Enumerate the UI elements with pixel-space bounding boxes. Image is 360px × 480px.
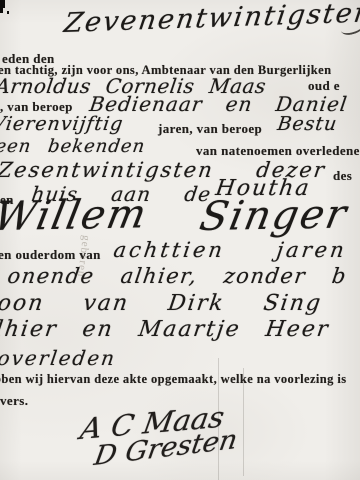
handwritten-bekenden: een bekenden xyxy=(0,136,147,157)
document-scan: geboren Zevenentwintigsten eden den en t… xyxy=(0,0,360,480)
handwritten-age2: Vierenvijftig xyxy=(0,113,125,135)
handwritten-deceased-surname: Singer xyxy=(196,191,352,240)
scan-edge-artifact xyxy=(0,0,3,13)
handwritten-overleden: overleden xyxy=(0,346,118,370)
handwritten-mother: lhier en Maartje Heer xyxy=(0,317,331,342)
handwritten-deceased-firstname: Willem xyxy=(0,191,152,240)
printed-ouderdom-van: en ouderdom van xyxy=(0,247,101,263)
printed-akte-opgemaakt: bben wij hiervan deze akte opgemaakt, we… xyxy=(0,372,346,387)
printed-jaren-van-beroep: jaren, van beroep xyxy=(158,121,262,137)
printed-des: des xyxy=(333,168,352,184)
printed-aangevers: vers. xyxy=(0,393,28,409)
handwritten-age: achttien jaren xyxy=(112,238,348,262)
ink-speck xyxy=(7,11,9,14)
handwritten-date: Zevenentwintigsten xyxy=(62,0,360,39)
handwritten-occupation2: Bestu xyxy=(276,113,339,135)
handwritten-wonende: onende alhier, zonder b xyxy=(6,264,349,288)
handwritten-father: oon van Dirk Sing xyxy=(0,291,324,316)
printed-natenoemen-overledene: van natenoemen overledene xyxy=(196,143,360,159)
